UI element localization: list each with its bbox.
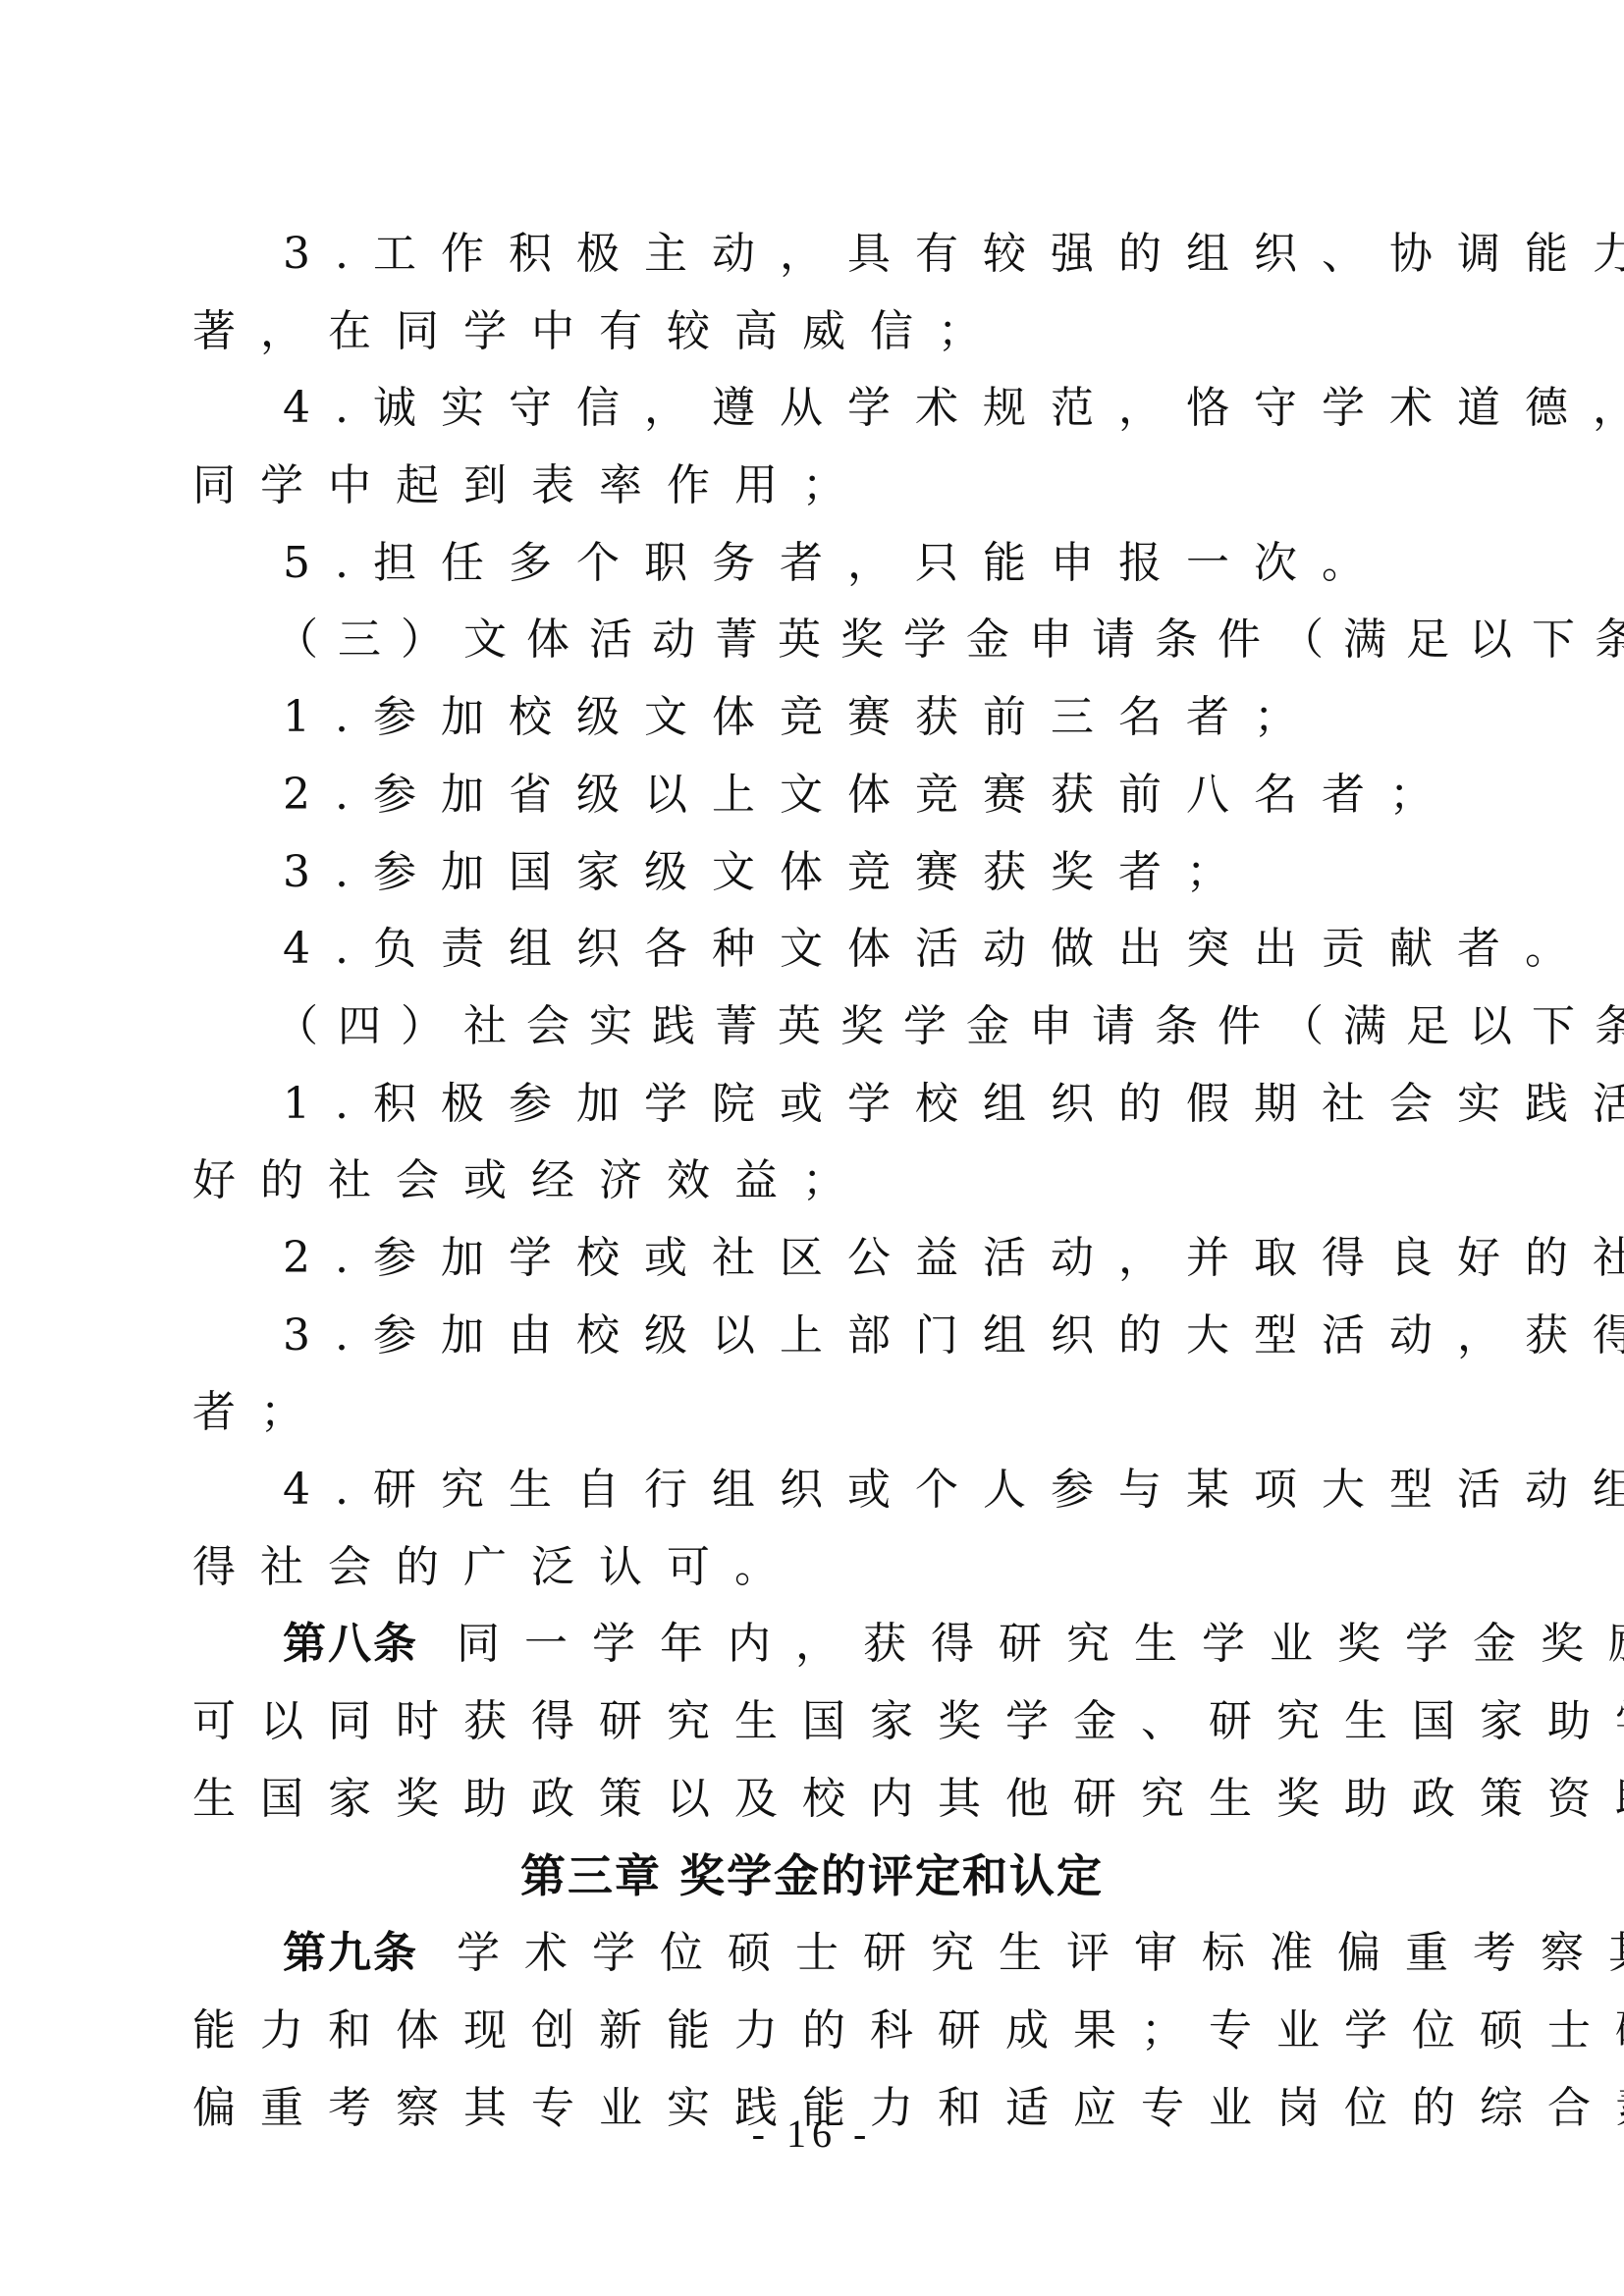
paragraph-line: 著，在同学中有较高威信； — [192, 294, 1432, 371]
paragraph-line: 3.工作积极主动，具有较强的组织、协调能力，工作成绩显 — [192, 216, 1432, 294]
article-text: 同一学年内，获得研究生学业奖学金奖励的研究生， — [457, 1619, 1624, 1669]
section-subheading: （四）社会实践菁英奖学金申请条件（满足以下条件之一）： — [192, 988, 1432, 1066]
list-item: 2.参加学校或社区公益活动，并取得良好的社会效应； — [192, 1220, 1432, 1298]
article-text: 学术学位硕士研究生评审标准偏重考察其科研创新 — [457, 1928, 1624, 1978]
article-9-line: 第九条 学术学位硕士研究生评审标准偏重考察其科研创新 — [192, 1915, 1432, 1993]
list-item: 3.参加由校级以上部门组织的大型活动，获得组织部门奖励 — [192, 1298, 1432, 1375]
list-item-continuation: 好的社会或经济效益； — [192, 1143, 1432, 1220]
paragraph-line: 5.担任多个职务者，只能申报一次。 — [192, 525, 1432, 603]
chapter-heading: 第三章 奖学金的评定和认定 — [192, 1838, 1432, 1915]
article-8-line: 第八条 同一学年内，获得研究生学业奖学金奖励的研究生， — [192, 1606, 1432, 1683]
paragraph-line: 4.诚实守信，遵从学术规范，恪守学术道德，严于律己，在 — [192, 370, 1432, 448]
paragraph-line: 同学中起到表率作用； — [192, 448, 1432, 525]
list-item: 1.积极参加学院或学校组织的假期社会实践活动，并取得良 — [192, 1066, 1432, 1144]
list-item: 4.研究生自行组织或个人参与某项大型活动组织、策划，获 — [192, 1452, 1432, 1529]
list-item-continuation: 者； — [192, 1374, 1432, 1452]
document-page: 3.工作积极主动，具有较强的组织、协调能力，工作成绩显 著，在同学中有较高威信；… — [0, 0, 1624, 2296]
list-item: 1.参加校级文体竞赛获前三名者； — [192, 679, 1432, 757]
paragraph-line: 可以同时获得研究生国家奖学金、研究生国家助学金等其他研究 — [192, 1683, 1432, 1761]
article-label: 第八条 — [283, 1619, 418, 1669]
page-number: - 16 - — [0, 2110, 1624, 2157]
list-item: 4.负责组织各种文体活动做出突出贡献者。 — [192, 911, 1432, 988]
document-body: 3.工作积极主动，具有较强的组织、协调能力，工作成绩显 著，在同学中有较高威信；… — [192, 216, 1432, 2147]
paragraph-line: 能力和体现创新能力的科研成果；专业学位硕士研究生评审标准 — [192, 1993, 1432, 2070]
list-item-continuation: 得社会的广泛认可。 — [192, 1529, 1432, 1607]
section-subheading: （三）文体活动菁英奖学金申请条件（满足以下条件之一）： — [192, 602, 1432, 679]
paragraph-line: 生国家奖助政策以及校内其他研究生奖助政策资助。 — [192, 1761, 1432, 1839]
list-item: 2.参加省级以上文体竞赛获前八名者； — [192, 757, 1432, 834]
article-label: 第九条 — [283, 1928, 418, 1978]
list-item: 3.参加国家级文体竞赛获奖者； — [192, 834, 1432, 912]
